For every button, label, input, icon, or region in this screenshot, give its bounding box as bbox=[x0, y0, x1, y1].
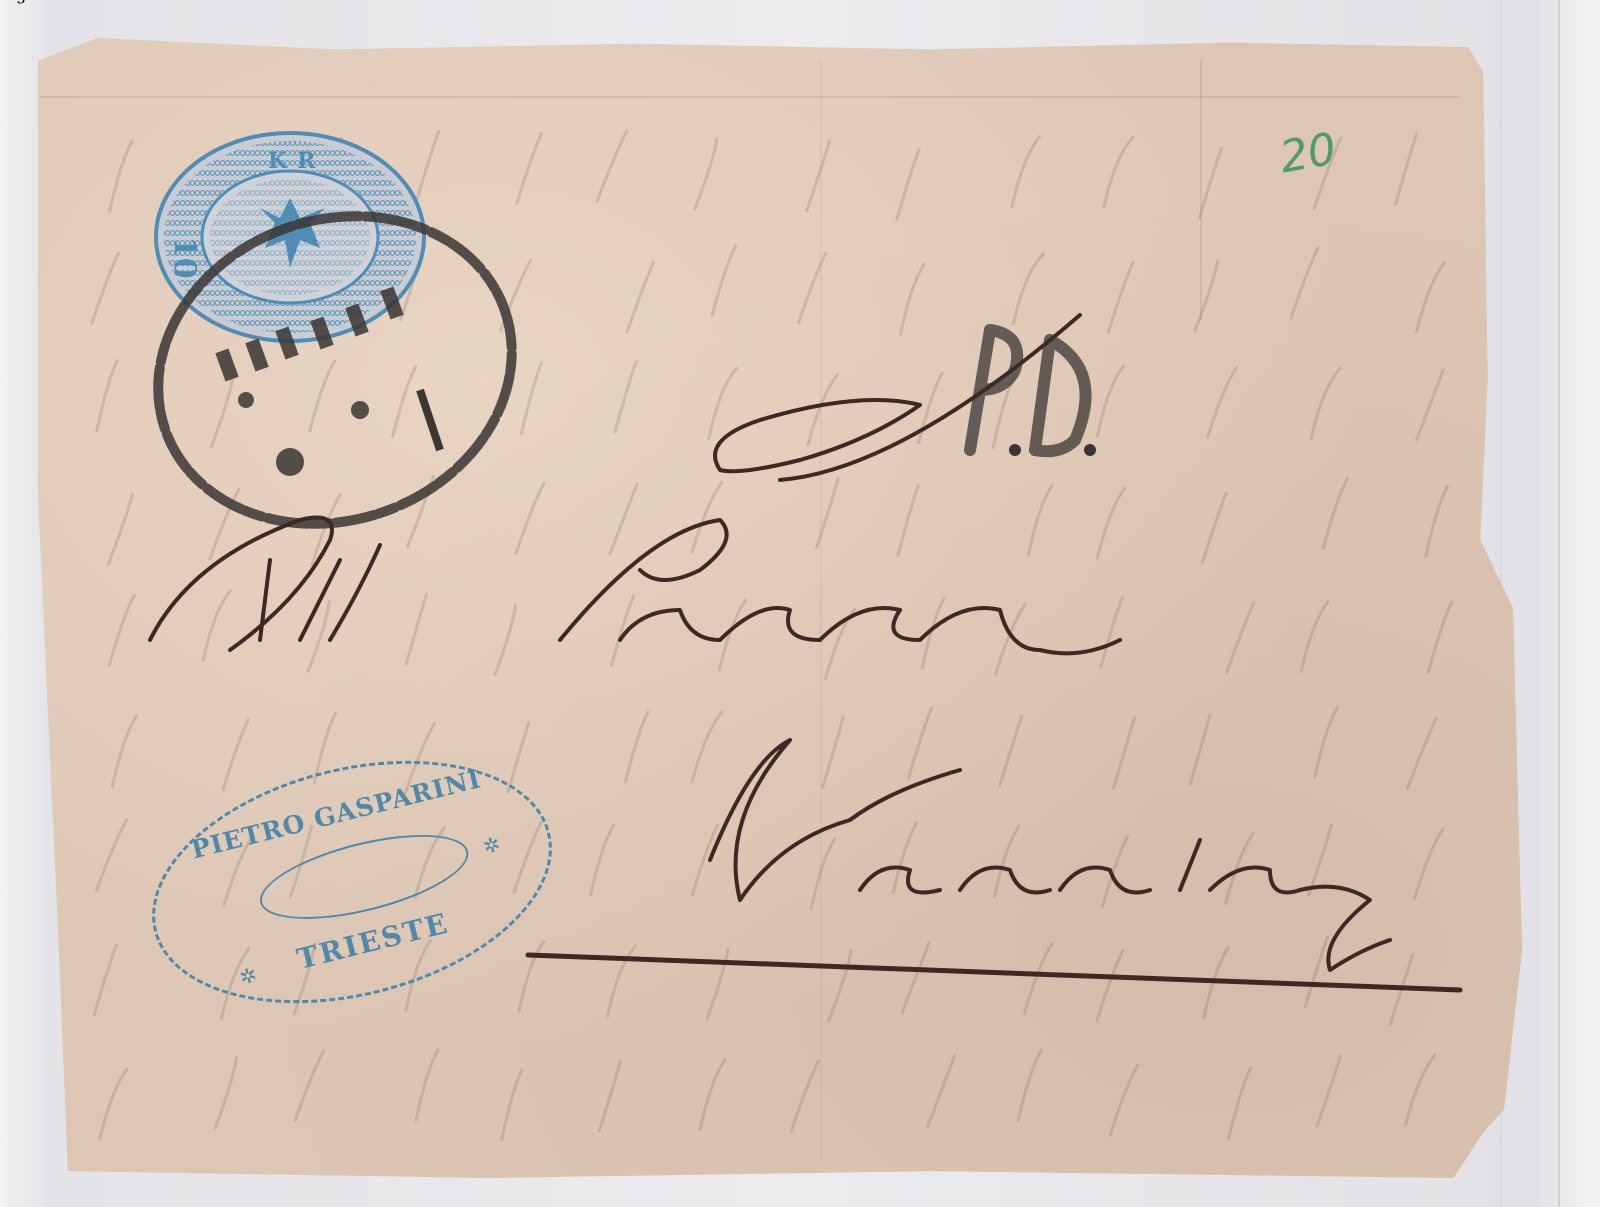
svg-text:Sig.: Sig. bbox=[0, 0, 31, 4]
pencil-annotation: 20 bbox=[1276, 124, 1340, 184]
salutation-flourish bbox=[715, 315, 1080, 480]
address-underline bbox=[528, 955, 1460, 990]
